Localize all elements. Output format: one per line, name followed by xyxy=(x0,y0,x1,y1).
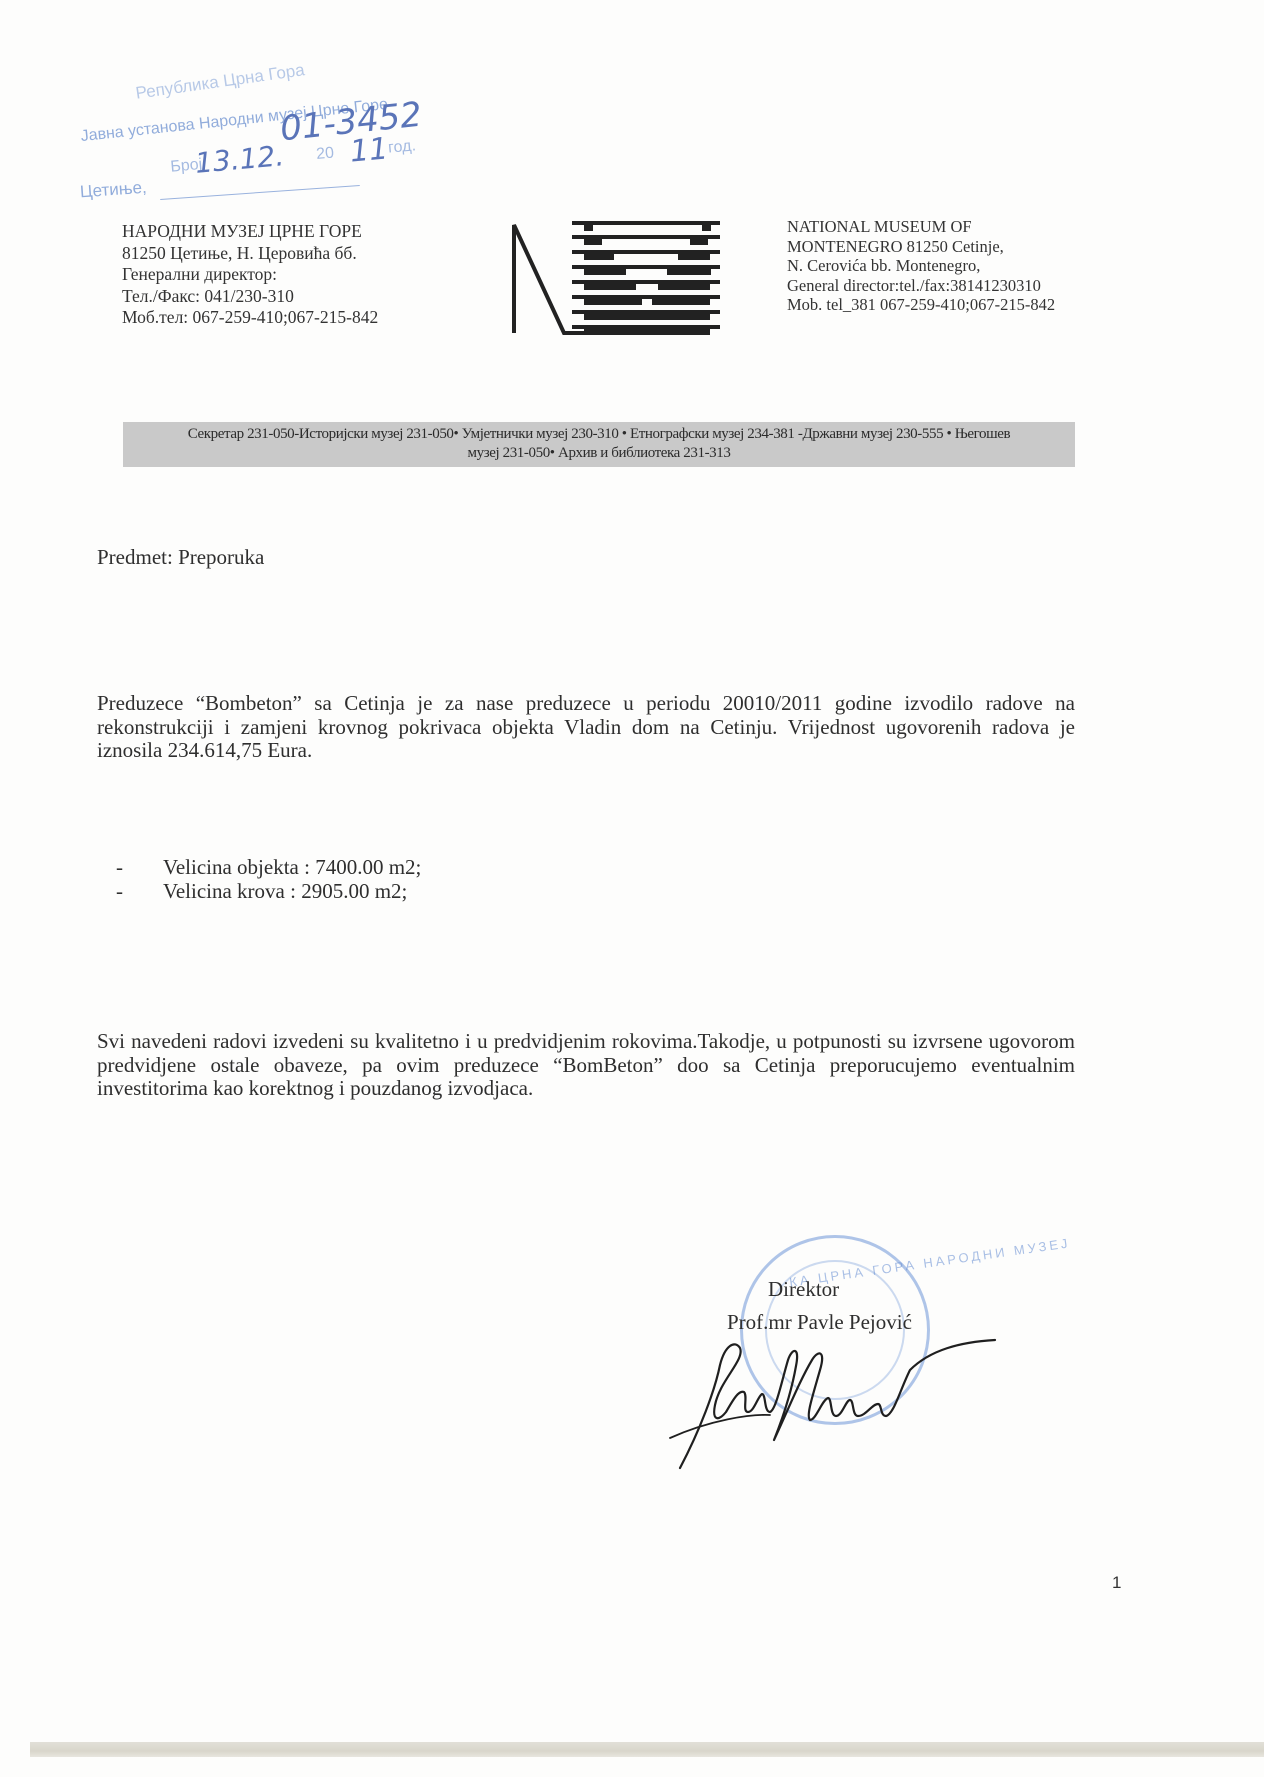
scan-edge-shadow xyxy=(30,1742,1264,1757)
stamp-line-republic: Република Црна Гора xyxy=(134,60,305,104)
banner-line-1: Секретар 231-050-Историјски музеј 231-05… xyxy=(123,425,1075,444)
registration-stamp: Република Црна Гора Јавна установа Народ… xyxy=(80,40,440,190)
letterhead-line: 81250 Цетиње, Н. Церовића бб. xyxy=(122,243,378,265)
phone-directory-banner: Секретар 231-050-Историјски музеј 231-05… xyxy=(123,422,1075,467)
handwritten-date: 13.12. xyxy=(194,139,286,180)
list-item-text: Velicina objekta : 7400.00 m2; xyxy=(163,855,421,879)
letter-subject: Predmet: Preporuka xyxy=(97,545,264,570)
stamp-underline xyxy=(160,185,360,200)
national-museum-logo-icon xyxy=(512,215,732,350)
letter-paragraph-2: Svi navedeni radovi izvedeni su kvalitet… xyxy=(97,1030,1075,1101)
letterhead-line: NATIONAL MUSEUM OF xyxy=(787,217,1055,237)
letterhead-line: Тел./Факс: 041/230-310 xyxy=(122,286,378,308)
letterhead-line: Моб.тел: 067-259-410;067-215-842 xyxy=(122,307,378,329)
stamp-year-suffix: год. xyxy=(387,137,416,156)
letterhead-line: General director:tel./fax:38141230310 xyxy=(787,276,1055,296)
banner-line-2: музеј 231-050• Архив и библиотека 231-31… xyxy=(123,444,1075,463)
object-size-list: - Velicina objekta : 7400.00 m2; - Velic… xyxy=(116,856,421,903)
letterhead-line: N. Cerovića bb. Montenegro, xyxy=(787,256,1055,276)
page-number: 1 xyxy=(1112,1573,1121,1593)
letterhead-line: Генерални директор: xyxy=(122,264,378,286)
letterhead-line: Mob. tel_381 067-259-410;067-215-842 xyxy=(787,295,1055,315)
list-item-text: Velicina krova : 2905.00 m2; xyxy=(163,879,407,903)
letterhead-cyrillic: НАРОДНИ МУЗЕЈ ЦРНЕ ГОРЕ 81250 Цетиње, Н.… xyxy=(122,221,378,329)
letterhead-line: НАРОДНИ МУЗЕЈ ЦРНЕ ГОРЕ xyxy=(122,221,378,243)
letterhead-line: MONTENEGRO 81250 Cetinje, xyxy=(787,237,1055,257)
handwritten-year: 11 xyxy=(349,131,390,169)
letter-paragraph-1: Preduzece “Bombeton” sa Cetinja je za na… xyxy=(97,692,1075,763)
list-item: - Velicina krova : 2905.00 m2; xyxy=(116,880,421,904)
signatory-title: Direktor xyxy=(768,1277,839,1302)
bullet-dash: - xyxy=(116,856,123,880)
stamp-line-city: Цетиње, xyxy=(79,178,147,203)
list-item: - Velicina objekta : 7400.00 m2; xyxy=(116,856,421,880)
letterhead-latin: NATIONAL MUSEUM OF MONTENEGRO 81250 Ceti… xyxy=(787,217,1055,315)
handwritten-signature-icon xyxy=(660,1320,1000,1470)
stamp-year-prefix: 20 xyxy=(315,144,334,162)
bullet-dash: - xyxy=(116,880,123,904)
